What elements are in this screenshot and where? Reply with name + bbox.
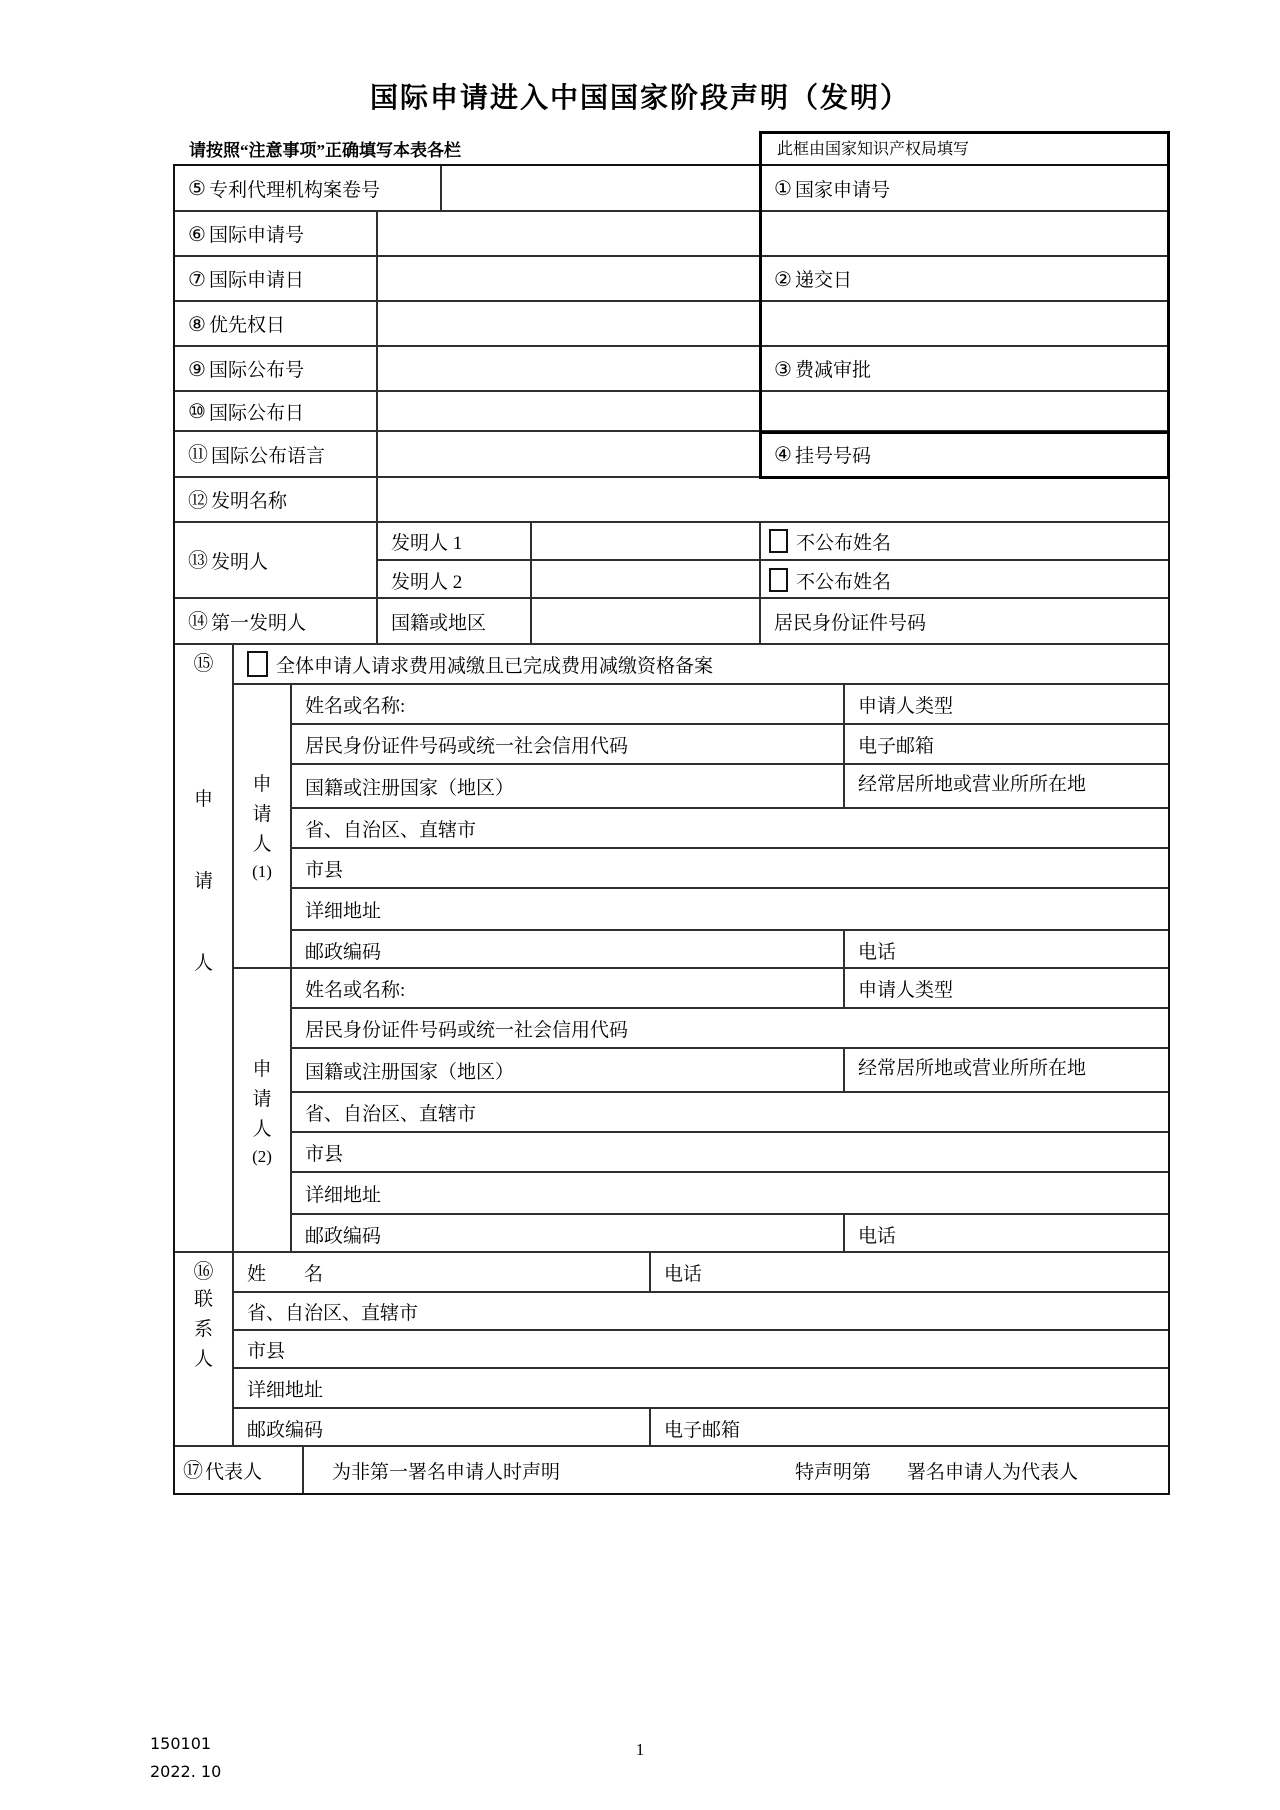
applicant-1-name-cell[interactable]: 姓名或名称:: [292, 685, 845, 723]
intl-publication-language-label: ⑪ 国际公布语言: [175, 432, 378, 476]
instruction-note: 请按照“注意事项”正确填写本表各栏: [173, 131, 763, 164]
first-inventor-label: ⑭ 第一发明人: [175, 599, 378, 643]
inventor-1-label: 发明人 1: [378, 523, 532, 559]
contact-email-cell[interactable]: 电子邮箱: [651, 1409, 1168, 1447]
priority-date-label: ⑧ 优先权日: [175, 302, 378, 345]
applicant-1-id-cell[interactable]: 居民身份证件号码或统一社会信用代码: [292, 725, 845, 763]
invention-title-input[interactable]: [378, 478, 1168, 521]
applicant-2-type-cell[interactable]: 申请人类型: [845, 969, 1168, 1007]
applicant-1-address-cell[interactable]: 详细地址: [292, 889, 1168, 929]
inventor-1-row: 发明人 1 不公布姓名: [378, 523, 1168, 561]
inventor-1-no-publish-checkbox[interactable]: [769, 529, 788, 553]
circled-14: ⑭: [188, 611, 208, 631]
contact-province-cell[interactable]: 省、自治区、直辖市: [234, 1293, 1168, 1329]
row-international-application-number: ⑥ 国际申请号: [175, 212, 1168, 257]
first-inventor-region-input[interactable]: [532, 599, 761, 643]
section-applicants: ⑮ 申请人 全体申请人请求费用减缴且已完成费用减缴资格备案 申请人: [175, 645, 1168, 1253]
intl-filing-date-input[interactable]: [378, 257, 761, 300]
office-empty-cell-2: [761, 302, 1168, 345]
applicants-side-label: ⑮ 申请人: [175, 645, 234, 1251]
applicant-2-city-cell[interactable]: 市县: [292, 1133, 1168, 1171]
applicant-1-city-cell[interactable]: 市县: [292, 849, 1168, 887]
circled-5: ⑤: [188, 178, 206, 198]
inventor-2-input[interactable]: [532, 561, 761, 599]
applicant-1-province-row: 省、自治区、直辖市: [292, 809, 1168, 849]
applicant-2-address-cell[interactable]: 详细地址: [292, 1173, 1168, 1213]
applicant-1-side-label: 申请人 (1): [234, 685, 292, 967]
circled-9: ⑨: [188, 359, 206, 379]
applicant-2-id-cell[interactable]: 居民身份证件号码或统一社会信用代码: [292, 1009, 1168, 1047]
statement-suffix: 署名申请人为代表人: [907, 1457, 1078, 1484]
circled-15: ⑮: [194, 653, 214, 673]
applicant-2-nationality-cell[interactable]: 国籍或注册国家（地区）: [292, 1049, 845, 1091]
row-international-publication-language: ⑪ 国际公布语言 ④ 挂号号码: [175, 432, 1168, 478]
row-international-filing-date: ⑦ 国际申请日 ② 递交日: [175, 257, 1168, 302]
circled-1: ①: [774, 178, 792, 198]
applicant-2-province-row: 省、自治区、直辖市: [292, 1093, 1168, 1133]
applicant-2-id-row: 居民身份证件号码或统一社会信用代码: [292, 1009, 1168, 1049]
row-representative: ⑰ 代表人 为非第一署名申请人时声明 特声明第 署名申请人为代表人: [175, 1447, 1168, 1493]
applicant-2-name-cell[interactable]: 姓名或名称:: [292, 969, 845, 1007]
registration-number-cell: ④ 挂号号码: [761, 432, 1168, 476]
representative-statement-cell[interactable]: 为非第一署名申请人时声明 特声明第 署名申请人为代表人: [304, 1447, 1168, 1493]
applicant-1-residence-cell[interactable]: 经常居所地或营业所所在地: [845, 765, 1168, 807]
contact-name-cell[interactable]: 姓 名: [234, 1253, 651, 1291]
row-priority-date: ⑧ 优先权日: [175, 302, 1168, 347]
contact-phone-cell[interactable]: 电话: [651, 1253, 1168, 1291]
circled-8: ⑧: [188, 314, 206, 334]
intl-publication-number-input[interactable]: [378, 347, 761, 390]
row-invention-title: ⑫ 发明名称: [175, 478, 1168, 523]
form-page: 国际申请进入中国国家阶段声明（发明） 请按照“注意事项”正确填写本表各栏 此框由…: [0, 0, 1280, 1810]
fee-reduction-checkbox[interactable]: [247, 651, 268, 677]
applicant-1-nationality-row: 国籍或注册国家（地区） 经常居所地或营业所所在地: [292, 765, 1168, 809]
circled-4: ④: [774, 444, 792, 464]
intl-application-number-input[interactable]: [378, 212, 761, 255]
national-application-number-cell: ① 国家申请号: [761, 166, 1168, 210]
circled-12: ⑫: [188, 490, 208, 510]
row-first-inventor: ⑭ 第一发明人 国籍或地区 居民身份证件号码: [175, 599, 1168, 645]
applicant-1-province-cell[interactable]: 省、自治区、直辖市: [292, 809, 1168, 847]
contact-name-row: 姓 名 电话: [234, 1253, 1168, 1293]
row-agency-docket: ⑤ 专利代理机构案卷号 ① 国家申请号: [175, 166, 1168, 212]
applicant-2-city-row: 市县: [292, 1133, 1168, 1173]
contact-city-row: 市县: [234, 1331, 1168, 1369]
applicant-2-postcode-row: 邮政编码 电话: [292, 1215, 1168, 1253]
applicant-2-phone-cell[interactable]: 电话: [845, 1215, 1168, 1253]
circled-11: ⑪: [188, 444, 208, 464]
applicant-1-block: 申请人 (1) 姓名或名称: 申请人类型 居民身份证件号码或统一社会信用代码 电…: [234, 685, 1168, 969]
applicant-2-nationality-row: 国籍或注册国家（地区） 经常居所地或营业所所在地: [292, 1049, 1168, 1093]
contact-postcode-cell[interactable]: 邮政编码: [234, 1409, 651, 1447]
first-inventor-id-cell[interactable]: 居民身份证件号码: [761, 599, 1168, 643]
circled-6: ⑥: [188, 224, 206, 244]
applicant-1-city-row: 市县: [292, 849, 1168, 889]
contact-province-row: 省、自治区、直辖市: [234, 1293, 1168, 1331]
contact-city-cell[interactable]: 市县: [234, 1331, 1168, 1367]
first-inventor-region-label: 国籍或地区: [378, 599, 532, 643]
fee-reduction-approval-cell: ③ 费减审批: [761, 347, 1168, 390]
contact-side-label: ⑯ 联系人: [175, 1253, 234, 1445]
note-row: 请按照“注意事项”正确填写本表各栏 此框由国家知识产权局填写: [173, 131, 1170, 164]
contact-address-cell[interactable]: 详细地址: [234, 1369, 1168, 1407]
inventor-2-label: 发明人 2: [378, 561, 532, 599]
submission-date-cell: ② 递交日: [761, 257, 1168, 300]
applicant-1-type-cell[interactable]: 申请人类型: [845, 685, 1168, 723]
statement-prefix: 为非第一署名申请人时声明: [332, 1457, 560, 1484]
inventor-1-no-publish-cell: 不公布姓名: [761, 523, 1168, 559]
page-title: 国际申请进入中国国家阶段声明（发明）: [0, 76, 1280, 116]
agency-docket-input[interactable]: [442, 166, 761, 210]
applicant-2-address-row: 详细地址: [292, 1173, 1168, 1215]
priority-date-input[interactable]: [378, 302, 761, 345]
contact-postcode-row: 邮政编码 电子邮箱: [234, 1409, 1168, 1447]
applicant-1-id-row: 居民身份证件号码或统一社会信用代码 电子邮箱: [292, 725, 1168, 765]
row-inventors: ⑬ 发明人 发明人 1 不公布姓名 发明人 2: [175, 523, 1168, 599]
agency-docket-label: ⑤ 专利代理机构案卷号: [175, 166, 442, 210]
applicant-1-address-row: 详细地址: [292, 889, 1168, 931]
inventor-2-row: 发明人 2 不公布姓名: [378, 561, 1168, 599]
circled-10: ⑩: [188, 401, 206, 421]
applicant-2-block: 申请人 (2) 姓名或名称: 申请人类型 居民身份证件号码或统一社会信用代码: [234, 969, 1168, 1253]
inventor-2-no-publish-checkbox[interactable]: [769, 568, 788, 592]
representative-label: ⑰ 代表人: [175, 1447, 304, 1493]
section-contact: ⑯ 联系人 姓 名 电话 省、自治区、直辖市 市县 详细地址: [175, 1253, 1168, 1447]
circled-16: ⑯: [194, 1261, 214, 1281]
invention-title-label: ⑫ 发明名称: [175, 478, 378, 521]
intl-publication-date-input[interactable]: [378, 392, 761, 430]
contact-address-row: 详细地址: [234, 1369, 1168, 1409]
office-box-header: 此框由国家知识产权局填写: [763, 131, 1170, 164]
intl-publication-language-input[interactable]: [378, 432, 761, 476]
applicant-1-postcode-row: 邮政编码 电话: [292, 931, 1168, 969]
inventors-label: ⑬ 发明人: [175, 523, 378, 597]
office-empty-cell-3: [761, 392, 1168, 430]
circled-17: ⑰: [183, 1460, 203, 1480]
fee-reduction-cell: 全体申请人请求费用减缴且已完成费用减缴资格备案: [234, 645, 1168, 683]
applicant-2-side-label: 申请人 (2): [234, 969, 292, 1253]
row-international-publication-date: ⑩ 国际公布日: [175, 392, 1168, 432]
inventor-1-input[interactable]: [532, 523, 761, 559]
applicant-1-phone-cell[interactable]: 电话: [845, 931, 1168, 969]
applicant-2-residence-cell[interactable]: 经常居所地或营业所所在地: [845, 1049, 1168, 1091]
intl-application-number-label: ⑥ 国际申请号: [175, 212, 378, 255]
intl-publication-number-label: ⑨ 国际公布号: [175, 347, 378, 390]
row-international-publication-number: ⑨ 国际公布号 ③ 费减审批: [175, 347, 1168, 392]
statement-mid: 特声明第: [795, 1457, 871, 1484]
circled-13: ⑬: [188, 550, 208, 570]
applicant-2-name-row: 姓名或名称: 申请人类型: [292, 969, 1168, 1009]
applicant-1-postcode-cell[interactable]: 邮政编码: [292, 931, 845, 969]
applicant-1-email-cell[interactable]: 电子邮箱: [845, 725, 1168, 763]
circled-3: ③: [774, 359, 792, 379]
applicant-2-postcode-cell[interactable]: 邮政编码: [292, 1215, 845, 1253]
form-table: 请按照“注意事项”正确填写本表各栏 此框由国家知识产权局填写 ⑤ 专利代理机构案…: [173, 131, 1170, 1495]
intl-filing-date-label: ⑦ 国际申请日: [175, 257, 378, 300]
fee-reduction-row: 全体申请人请求费用减缴且已完成费用减缴资格备案: [234, 645, 1168, 685]
circled-7: ⑦: [188, 269, 206, 289]
circled-2: ②: [774, 269, 792, 289]
inventor-2-no-publish-cell: 不公布姓名: [761, 561, 1168, 599]
applicant-2-province-cell[interactable]: 省、自治区、直辖市: [292, 1093, 1168, 1131]
page-number: 1: [0, 1740, 1280, 1760]
intl-publication-date-label: ⑩ 国际公布日: [175, 392, 378, 430]
applicant-1-name-row: 姓名或名称: 申请人类型: [292, 685, 1168, 725]
table-body: ⑤ 专利代理机构案卷号 ① 国家申请号 ⑥ 国际申请号: [173, 164, 1170, 1495]
applicant-1-nationality-cell[interactable]: 国籍或注册国家（地区）: [292, 765, 845, 807]
form-date: 2022. 10: [150, 1762, 221, 1781]
office-empty-cell-1: [761, 212, 1168, 255]
